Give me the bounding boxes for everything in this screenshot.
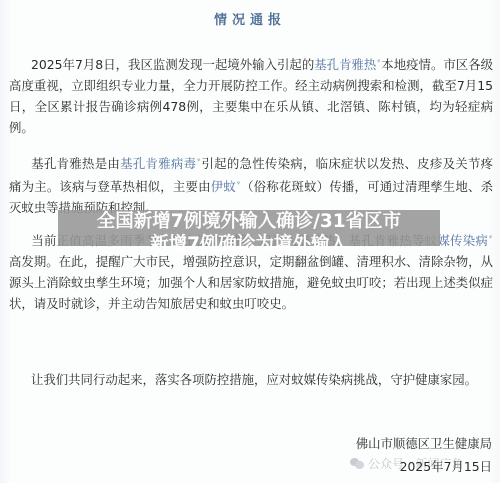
paragraph-text: 基孔肯雅热是由 <box>31 156 120 171</box>
search-icon[interactable]: ᵠ <box>489 228 492 249</box>
link-chikungunya[interactable]: 基孔肯雅热 <box>314 57 376 72</box>
headline-banner-text: 全国新增7例境外输入确诊/31省区市 新增7例确诊为境外输入 <box>58 210 440 256</box>
paragraph-text: 2025年7月8日，我区监测发现一起境外输入引起的 <box>31 57 314 72</box>
link-aedes[interactable]: 伊蚊 <box>211 179 236 194</box>
document-date: 2025年7月15日 <box>400 457 492 475</box>
paragraph-4: 让我们共同行动起来，落实各项防控措施，应对蚊媒传染病挑战，守护健康家园。 <box>9 369 493 390</box>
paragraph-1: 2025年7月8日，我区监测发现一起境外输入引起的基孔肯雅热ᵠ本地疫情。市区各级… <box>9 52 493 138</box>
search-icon[interactable]: ᵠ <box>377 52 380 73</box>
wechat-icon <box>350 458 364 469</box>
link-chikungunya-virus[interactable]: 基孔肯雅病毒 <box>120 156 196 171</box>
paragraph-text: 高发期。在此，提醒广大市民，增强防控意识，定期翻盆倒罐、清理积水、清除杂物，从源… <box>9 254 493 311</box>
search-icon[interactable]: ᵠ <box>237 174 240 195</box>
document-title: 情况通报 <box>0 9 500 28</box>
headline-line-2: 新增7例确诊为境外输入 <box>58 233 440 256</box>
signature: 佛山市顺德区卫生健康局 <box>356 434 492 452</box>
headline-line-1: 全国新增7例境外输入确诊/31省区市 <box>97 211 401 232</box>
paragraph-2: 基孔肯雅热是由基孔肯雅病毒ᵠ引起的急性传染病，临床症状以发热、皮疹及关节疼痛为主… <box>9 151 493 218</box>
search-icon[interactable]: ᵠ <box>197 151 200 172</box>
document-page: 情况通报 2025年7月8日，我区监测发现一起境外输入引起的基孔肯雅热ᵠ本地疫情… <box>0 0 500 483</box>
